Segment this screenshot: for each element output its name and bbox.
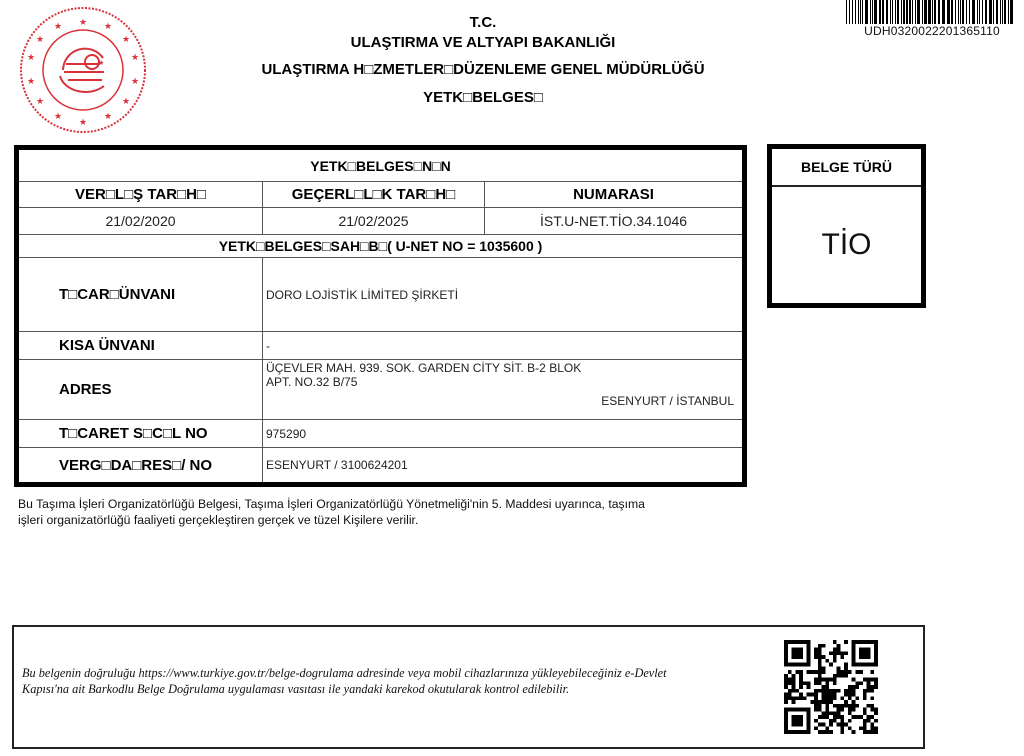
address-line-3: ESENYURT / İSTANBUL	[601, 394, 734, 408]
label-short-name: KISA ÜNVANI	[19, 332, 262, 359]
svg-text:★: ★	[79, 117, 87, 127]
certificate-title: YETK□BELGES□N□N	[19, 150, 742, 181]
svg-text:★: ★	[54, 111, 62, 121]
qr-code-icon[interactable]	[784, 640, 878, 734]
document-type-value: TİO	[772, 187, 921, 303]
barcode-icon	[846, 0, 1016, 24]
address-line-1: ÜÇEVLER MAH. 939. SOK. GARDEN CİTY SİT. …	[263, 361, 581, 375]
column-issue-date: VER□L□Ş TAR□H□	[19, 182, 262, 207]
legal-note-line-2: işleri organizatörlüğü faaliyeti gerçekl…	[18, 512, 738, 528]
verification-line-2: Kapısı'na ait Barkodlu Belge Doğrulama u…	[22, 681, 762, 697]
verification-line-1: Bu belgenin doğruluğu https://www.turkiy…	[22, 665, 762, 681]
label-trade-registry-no: T□CARET S□C□L NO	[19, 420, 262, 447]
certificate-table: YETK□BELGES□N□N VER□L□Ş TAR□H□ GEÇERL□L□…	[14, 145, 747, 487]
trade-name-value: DORO LOJİSTİK LİMİTED ŞİRKETİ	[263, 258, 742, 331]
holder-title: YETK□BELGES□SAH□B□( U-NET NO = 1035600 )	[19, 235, 742, 257]
column-number: NUMARASI	[485, 182, 742, 207]
validity-date-value: 21/02/2025	[263, 208, 484, 234]
svg-text:★: ★	[104, 111, 112, 121]
verification-text: Bu belgenin doğruluğu https://www.turkiy…	[22, 665, 762, 697]
header-directorate: ULAŞTIRMA H□ZMETLER□DÜZENLEME GENEL MÜDÜ…	[0, 61, 995, 78]
trade-registry-no-value: 975290	[263, 420, 742, 447]
label-address: ADRES	[19, 360, 262, 419]
short-name-value: -	[263, 332, 742, 359]
issue-date-value: 21/02/2020	[19, 208, 262, 234]
address-line-2: APT. NO.32 B/75	[263, 375, 357, 389]
label-tax-office-no: VERG□DA□RES□/ NO	[19, 448, 262, 482]
header-doc-title: YETK□BELGES□	[0, 89, 995, 106]
document-type-box: BELGE TÜRÜ TİO	[767, 144, 926, 308]
document-type-title: BELGE TÜRÜ	[772, 149, 921, 185]
column-validity-date: GEÇERL□L□K TAR□H□	[263, 182, 484, 207]
legal-note-line-1: Bu Taşıma İşleri Organizatörlüğü Belgesi…	[18, 496, 738, 512]
certificate-number-value: İST.U-NET.TİO.34.1046	[485, 208, 742, 234]
barcode-number: UDH0320022201365110	[846, 24, 1018, 38]
label-trade-name: T□CAR□ÜNVANI	[19, 258, 262, 331]
legal-note: Bu Taşıma İşleri Organizatörlüğü Belgesi…	[18, 496, 738, 528]
tax-office-no-value: ESENYURT / 3100624201	[263, 448, 742, 482]
